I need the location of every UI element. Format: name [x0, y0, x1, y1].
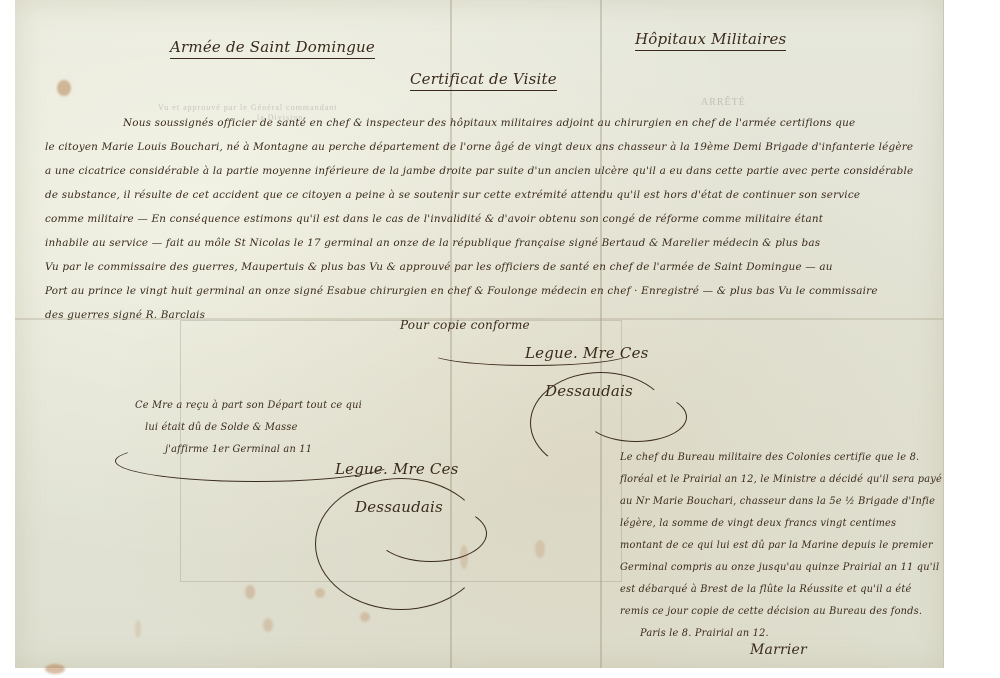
document-title: Certificat de Visite: [410, 70, 557, 91]
body-line: Nous soussignés officier de santé en che…: [123, 117, 855, 129]
signature-flourish: [585, 392, 687, 442]
body-line: le citoyen Marie Louis Bouchari, né à Mo…: [45, 141, 913, 153]
right-note-line: remis ce jour copie de cette décision au…: [620, 606, 922, 617]
body-line: a une cicatrice considérable à la partie…: [45, 165, 913, 177]
stain: [45, 664, 65, 674]
body-line: Port au prince le vingt huit germinal an…: [45, 285, 878, 297]
right-note-line: légère, la somme de vingt deux francs vi…: [620, 518, 896, 529]
right-note-line: montant de ce qui lui est dû par la Mari…: [620, 540, 933, 551]
right-note-signature: Marrier: [750, 642, 807, 658]
body-line: Vu par le commissaire des guerres, Maupe…: [45, 261, 833, 273]
left-note-line: Ce Mre a reçu à part son Départ tout ce …: [135, 400, 362, 411]
signature-flourish: [115, 440, 397, 482]
body-line: comme militaire — En conséquence estimon…: [45, 213, 823, 225]
stain: [245, 585, 255, 599]
signature-flourish: [430, 340, 632, 366]
right-note-line: est débarqué à Brest de la flûte la Réus…: [620, 584, 912, 595]
right-note-line: Germinal compris au onze jusqu'au quinze…: [620, 562, 939, 573]
ghost-print-line: Vu et approuvé par le Général commandant: [158, 103, 337, 112]
right-note-date: Paris le 8. Prairial an 12.: [640, 628, 769, 639]
ghost-print-arrete: ARRÊTÉ: [701, 97, 746, 108]
right-note-line: au Nr Marie Bouchari, chasseur dans la 5…: [620, 496, 935, 507]
body-line: inhabile au service — fait au môle St Ni…: [45, 237, 820, 249]
body-line: de substance, il résulte de cet accident…: [45, 189, 860, 201]
stain: [57, 80, 71, 96]
stain: [315, 588, 325, 598]
pour-copie-conforme: Pour copie conforme: [400, 318, 530, 332]
document-paper: Vu et approuvé par le Général commandant…: [15, 0, 944, 668]
stain: [135, 620, 141, 638]
left-note-line: lui était dû de Solde & Masse: [145, 422, 298, 433]
header-hopitaux: Hôpitaux Militaires: [635, 30, 786, 51]
right-note-line: Le chef du Bureau militaire des Colonies…: [620, 452, 919, 463]
right-note-line: floréal et le Prairial an 12, le Ministr…: [620, 474, 942, 485]
header-armee: Armée de Saint Domingue: [170, 38, 375, 59]
stain: [263, 618, 273, 632]
signature-flourish: [375, 505, 487, 562]
stain: [360, 612, 370, 622]
body-line: des guerres signé R. Barclais: [45, 309, 205, 321]
